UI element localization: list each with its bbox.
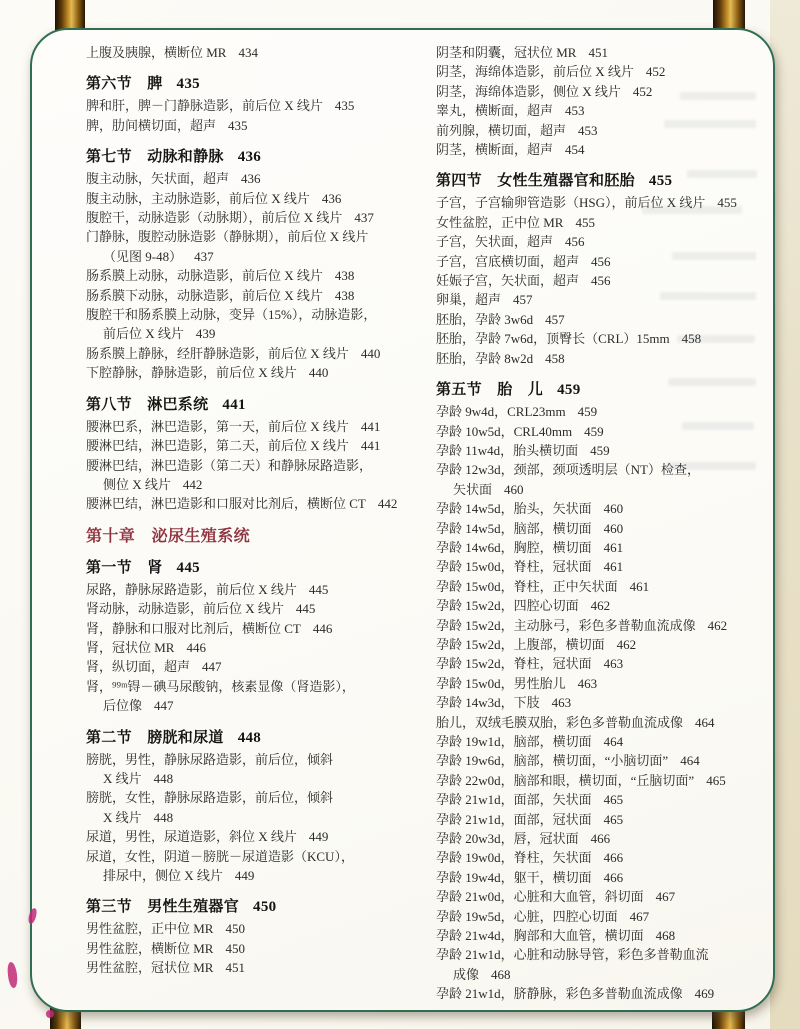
toc-entry-continuation: 成像468 [436,965,775,984]
toc-entry: 腰淋巴系，淋巴造影，第一天，前后位 X 线片441 [86,417,434,436]
entry-text: 第一节 肾 [86,560,163,576]
section-heading: 第三节 男性生殖器官450 [86,895,434,919]
page-number: 450 [225,941,245,956]
page-number: 450 [225,921,245,936]
page-number: 453 [565,103,585,118]
page-number: 454 [565,142,585,157]
page-number: 449 [235,868,255,883]
toc-entry: 孕龄 14w5d，胎头，矢状面460 [436,499,775,518]
bleed-through-smudge [687,170,757,178]
entry-text: 肠系膜下动脉，动脉造影，前后位 X 线片 [86,288,323,303]
page-number: 456 [565,234,585,249]
page-number: 462 [617,637,637,652]
entry-text: 腹腔干，动脉造影（动脉期），前后位 X 线片 [86,210,342,225]
entry-text: 尿路，静脉尿路造影，前后位 X 线片 [86,582,297,597]
toc-entry: 孕龄 19w1d，脑部，横切面464 [436,732,775,751]
page-number: 441 [222,397,245,413]
entry-text: 孕龄 19w1d，脑部，横切面 [436,734,592,749]
page-number: 447 [154,698,174,713]
toc-entry-continuation: （见图 9-48）437 [86,247,434,266]
toc-entry: 孕龄 15w2d，四腔心切面462 [436,596,775,615]
toc-entry: 孕龄 20w3d，唇，冠状面466 [436,829,775,848]
section-heading: 第七节 动脉和静脉436 [86,145,434,169]
entry-text: 孕龄 14w6d，胸腔，横切面 [436,540,592,555]
toc-entry: 孕龄 21w1d，脐静脉，彩色多普勒血流成像469 [436,984,775,1003]
page-number: 462 [591,598,611,613]
toc-entry: 阴茎，海绵体造影，前后位 X 线片452 [436,62,775,81]
page-number: 450 [253,899,276,915]
entry-text: 孕龄 19w0d，脊柱，矢状面 [436,850,592,865]
bleed-through-smudge [666,462,756,470]
entry-text: 孕龄 21w1d，面部，冠状面 [436,812,592,827]
page-number: 457 [513,292,533,307]
page-number: 440 [309,365,329,380]
entry-text: 男性盆腔，横断位 MR [86,941,213,956]
toc-entry: 孕龄 14w3d，下肢463 [436,693,775,712]
entry-text: （见图 9-48） [103,249,182,264]
entry-text: 女性盆腔，正中位 MR [436,215,563,230]
entry-text: 脾和肝，脾－门静脉造影，前后位 X 线片 [86,98,323,113]
entry-text: 孕龄 12w3d，颈部，颈项透明层（NT）检查， [436,462,700,477]
toc-entry: 肾，纵切面，超声447 [86,657,434,676]
page-number: 468 [491,967,511,982]
toc-entry-continuation: 侧位 X 线片442 [86,475,434,494]
page-number: 438 [335,288,355,303]
page-number: 439 [196,326,216,341]
toc-entry: 膀胱，女性，静脉尿路造影，前后位，倾斜 [86,788,434,807]
entry-text: 尿道，女性，阴道－膀胱－尿道造影（KCU）， [86,849,354,864]
bleed-through-smudge [664,120,756,128]
spacer [86,885,434,895]
ink-stain [7,962,19,989]
entry-text: 矢状面 [453,482,492,497]
entry-text: 孕龄 21w1d，面部，矢状面 [436,792,592,807]
page-number: 467 [656,889,676,904]
entry-text: 孕龄 14w5d，胎头，矢状面 [436,501,592,516]
toc-entry-continuation: X 线片448 [86,769,434,788]
entry-text: 胎儿，双绒毛膜双胎，彩色多普勒血流成像 [436,715,683,730]
entry-text: 阴茎，海绵体造影，前后位 X 线片 [436,64,634,79]
toc-entry: 孕龄 21w1d，心脏和动脉导管，彩色多普勒血流 [436,945,775,964]
toc-entry: 孕龄 19w5d，心脏，四腔心切面467 [436,907,775,926]
page-number: 460 [504,482,524,497]
entry-text: 第六节 脾 [86,76,163,92]
section-heading: 第八节 淋巴系统441 [86,393,434,417]
entry-text: 子宫，矢状面，超声 [436,234,553,249]
toc-entry: 腹腔干和肠系膜上动脉，变异（15%），动脉造影， [86,305,434,324]
section-heading: 第一节 肾445 [86,556,434,580]
page-number: 465 [604,792,624,807]
toc-entry: 孕龄 21w1d，面部，矢状面465 [436,790,775,809]
entry-text: 孕龄 15w2d，脊柱，冠状面 [436,656,592,671]
page-number: 438 [335,268,355,283]
toc-entry: 男性盆腔，冠状位 MR451 [86,958,434,977]
page-number: 436 [322,191,342,206]
entry-text: 孕龄 22w0d，脑部和眼，横切面，“丘脑切面” [436,773,694,788]
page-number: 434 [238,45,258,60]
entry-text: 阴茎和阴囊，冠状位 MR [436,45,576,60]
toc-entry: 男性盆腔，正中位 MR450 [86,919,434,938]
page-number: 461 [630,579,650,594]
entry-text: 第二节 膀胱和尿道 [86,730,224,746]
page-number: 466 [604,870,624,885]
page-number: 435 [228,118,248,133]
entry-text: 孕龄 21w4d，胸部和大血管，横切面 [436,928,644,943]
entry-text: 孕龄 15w0d，男性胎儿 [436,676,566,691]
page-number: 445 [296,601,316,616]
toc-entry: 腹主动脉，矢状面，超声436 [86,169,434,188]
toc-entry: 孕龄 22w0d，脑部和眼，横切面，“丘脑切面”465 [436,771,775,790]
entry-text: 孕龄 19w6d，脑部，横切面，“小脑切面” [436,753,668,768]
bleed-through-smudge [677,335,755,343]
entry-text: 孕龄 15w2d，主动脉弓，彩色多普勒血流成像 [436,618,696,633]
entry-text: 肾，静脉和口服对比剂后，横断位 CT [86,621,301,636]
entry-text: 孕龄 19w4d，躯干，横切面 [436,870,592,885]
toc-entry: 膀胱，男性，静脉尿路造影，前后位，倾斜 [86,750,434,769]
toc-entry: 孕龄 11w4d，胎头横切面459 [436,441,775,460]
toc-entry: 腰淋巴结，淋巴造影，第二天，前后位 X 线片441 [86,436,434,455]
toc-entry-continuation: X 线片448 [86,808,434,827]
toc-entry: 阴茎和阴囊，冠状位 MR451 [436,43,775,62]
entry-text: 肾，⁹⁹ᵐ锝－碘马尿酸钠，核素显像（肾造影）， [86,679,355,694]
page-number: 460 [604,501,624,516]
entry-text: 下腔静脉，静脉造影，前后位 X 线片 [86,365,297,380]
toc-entry-continuation: 矢状面460 [436,480,775,499]
entry-text: 肾，冠状位 MR [86,640,174,655]
entry-text: 膀胱，女性，静脉尿路造影，前后位，倾斜 [86,790,333,805]
toc-entry: 肠系膜上动脉，动脉造影，前后位 X 线片438 [86,266,434,285]
page-number: 436 [238,149,261,165]
bleed-through-smudge [642,206,742,214]
entry-text: 后位像 [103,698,142,713]
entry-text: 子宫，宫底横切面，超声 [436,254,579,269]
toc-entry: 孕龄 19w4d，躯干，横切面466 [436,868,775,887]
toc-entry: 肾，冠状位 MR446 [86,638,434,657]
entry-text: 肾动脉，动脉造影，前后位 X 线片 [86,601,284,616]
page-number: 459 [590,443,610,458]
page-number: 463 [604,656,624,671]
page-number: 466 [591,831,611,846]
toc-entry: 子宫，矢状面，超声456 [436,232,775,251]
entry-text: 腹腔干和肠系膜上动脉，变异（15%），动脉造影， [86,307,376,322]
toc-entry: 男性盆腔，横断位 MR450 [86,939,434,958]
toc-entry: 下腔静脉，静脉造影，前后位 X 线片440 [86,363,434,382]
page-number: 463 [552,695,572,710]
toc-entry: 阴茎，横断面，超声454 [436,140,775,159]
page-number: 464 [695,715,715,730]
entry-text: 孕龄 21w0d，心脏和大血管，斜切面 [436,889,644,904]
entry-text: 阴茎，海绵体造影，侧位 X 线片 [436,84,621,99]
entry-text: 上腹及胰腺，横断位 MR [86,45,226,60]
toc-entry: 孕龄 15w2d，主动脉弓，彩色多普勒血流成像462 [436,616,775,635]
entry-text: 孕龄 15w2d，上腹部，横切面 [436,637,605,652]
entry-text: 孕龄 21w1d，脐静脉，彩色多普勒血流成像 [436,986,683,1001]
toc-column-left: 上腹及胰腺，横断位 MR434第六节 脾435脾和肝，脾－门静脉造影，前后位 X… [86,43,434,978]
toc-entry: 孕龄 21w0d，心脏和大血管，斜切面467 [436,887,775,906]
toc-entry: 孕龄 15w2d，脊柱，冠状面463 [436,654,775,673]
toc-entry: 尿路，静脉尿路造影，前后位 X 线片445 [86,580,434,599]
entry-text: 孕龄 15w0d，脊柱，正中矢状面 [436,579,618,594]
entry-text: 腹主动脉，主动脉造影，前后位 X 线片 [86,191,310,206]
page-number: 442 [183,477,203,492]
section-heading: 第六节 脾435 [86,72,434,96]
entry-text: 孕龄 11w4d，胎头横切面 [436,443,578,458]
entry-text: 尿道，男性，尿道造影，斜位 X 线片 [86,829,297,844]
entry-text: X 线片 [103,810,142,825]
entry-text: 胚胎，孕龄 7w6d，顶臀长（CRL）15mm [436,331,670,346]
page-number: 460 [604,521,624,536]
page-number: 437 [354,210,374,225]
entry-text: 脾，肋间横切面，超声 [86,118,216,133]
entry-text: 孕龄 14w5d，脑部，横切面 [436,521,592,536]
page-number: 436 [241,171,261,186]
entry-text: 第三节 男性生殖器官 [86,899,239,915]
toc-entry: 肾动脉，动脉造影，前后位 X 线片445 [86,599,434,618]
toc-entry: 孕龄 14w5d，脑部，横切面460 [436,519,775,538]
page-number: 466 [604,850,624,865]
page-number: 445 [309,582,329,597]
page-number: 456 [591,273,611,288]
toc-entry: 孕龄 14w6d，胸腔，横切面461 [436,538,775,557]
page-number: 461 [604,559,624,574]
bleed-through-smudge [682,422,754,430]
spacer [86,514,434,524]
entry-text: 男性盆腔，正中位 MR [86,921,213,936]
page-number: 452 [646,64,666,79]
page-number: 456 [591,254,611,269]
entry-text: 肠系膜上动脉，动脉造影，前后位 X 线片 [86,268,323,283]
entry-text: 卵巢，超声 [436,292,501,307]
entry-text: 第五节 胎 儿 [436,382,543,398]
entry-text: 孕龄 10w5d，CRL40mm [436,424,572,439]
page-number: 459 [557,382,580,398]
toc-entry: 妊娠子宫，矢状面，超声456 [436,271,775,290]
bleed-through-smudge [660,292,756,300]
entry-text: 门静脉，腹腔动脉造影（静脉期），前后位 X 线片 [86,229,368,244]
toc-entry-continuation: 前后位 X 线片439 [86,324,434,343]
entry-text: 胚胎，孕龄 3w6d [436,312,533,327]
page-number: 441 [361,438,381,453]
entry-text: 腹主动脉，矢状面，超声 [86,171,229,186]
bleed-through-smudge [672,252,756,260]
toc-entry: 孕龄 21w4d，胸部和大血管，横切面468 [436,926,775,945]
toc-entry: 睾丸，横断面，超声453 [436,101,775,120]
toc-entry: 腹腔干，动脉造影（动脉期），前后位 X 线片437 [86,208,434,227]
entry-text: 前列腺，横切面，超声 [436,123,566,138]
toc-entry-continuation: 后位像447 [86,696,434,715]
toc-entry: 腰淋巴结，淋巴造影（第二天）和静脉尿路造影， [86,456,434,475]
page-number: 467 [630,909,650,924]
page-number: 464 [604,734,624,749]
page-number: 435 [177,76,200,92]
page-card: 上腹及胰腺，横断位 MR434第六节 脾435脾和肝，脾－门静脉造影，前后位 X… [30,28,775,1012]
page-number: 440 [361,346,381,361]
page-number: 459 [578,404,598,419]
toc-entry: 肠系膜上静脉，经肝静脉造影，前后位 X 线片440 [86,344,434,363]
toc-entry: 腹主动脉，主动脉造影，前后位 X 线片436 [86,189,434,208]
entry-text: 侧位 X 线片 [103,477,171,492]
page-number: 455 [575,215,595,230]
spacer [436,159,775,169]
page-number: 451 [225,960,245,975]
entry-text: 腰淋巴结，淋巴造影，第二天，前后位 X 线片 [86,438,349,453]
toc-entry: 胚胎，孕龄 3w6d457 [436,310,775,329]
toc-entry: 腰淋巴结，淋巴造影和口服对比剂后，横断位 CT442 [86,494,434,513]
toc-entry: 尿道，女性，阴道－膀胱－尿道造影（KCU）， [86,847,434,866]
toc-entry: 脾和肝，脾－门静脉造影，前后位 X 线片435 [86,96,434,115]
spacer [86,716,434,726]
entry-text: 第四节 女性生殖器官和胚胎 [436,173,635,189]
entry-text: 第十章 泌尿生殖系统 [86,528,250,545]
entry-text: 阴茎，横断面，超声 [436,142,553,157]
entry-text: 妊娠子宫，矢状面，超声 [436,273,579,288]
entry-text: 腰淋巴结，淋巴造影和口服对比剂后，横断位 CT [86,496,366,511]
bleed-through-smudge [680,92,756,100]
toc-entry: 尿道，男性，尿道造影，斜位 X 线片449 [86,827,434,846]
spacer [86,383,434,393]
page-number: 458 [545,351,565,366]
entry-text: 前后位 X 线片 [103,326,184,341]
page-number: 445 [177,560,200,576]
page-number: 463 [578,676,598,691]
entry-text: 肾，纵切面，超声 [86,659,190,674]
entry-text: 孕龄 9w4d，CRL23mm [436,404,566,419]
page-number: 447 [202,659,222,674]
toc-entry: 孕龄 9w4d，CRL23mm459 [436,402,775,421]
entry-text: 孕龄 21w1d，心脏和动脉导管，彩色多普勒血流 [436,947,709,962]
entry-text: 睾丸，横断面，超声 [436,103,553,118]
toc-entry: 上腹及胰腺，横断位 MR434 [86,43,434,62]
entry-text: 胚胎，孕龄 8w2d [436,351,533,366]
entry-text: 腰淋巴系，淋巴造影，第一天，前后位 X 线片 [86,419,349,434]
entry-text: 肠系膜上静脉，经肝静脉造影，前后位 X 线片 [86,346,349,361]
page-number: 437 [194,249,214,264]
bleed-through-smudge [668,378,756,386]
page-number: 469 [695,986,715,1001]
spacer [436,368,775,378]
toc-entry: 孕龄 19w6d，脑部，横切面，“小脑切面”464 [436,751,775,770]
page-number: 449 [309,829,329,844]
entry-text: 孕龄 20w3d，唇，冠状面 [436,831,579,846]
section-heading: 第二节 膀胱和尿道448 [86,726,434,750]
toc-entry: 胎儿，双绒毛膜双胎，彩色多普勒血流成像464 [436,713,775,732]
entry-text: 孕龄 14w3d，下肢 [436,695,540,710]
toc-entry: 孕龄 15w0d，脊柱，正中矢状面461 [436,577,775,596]
entry-text: X 线片 [103,771,142,786]
toc-entry: 肠系膜下动脉，动脉造影，前后位 X 线片438 [86,286,434,305]
page-number: 461 [604,540,624,555]
toc-entry: 孕龄 21w1d，面部，冠状面465 [436,810,775,829]
entry-text: 孕龄 19w5d，心脏，四腔心切面 [436,909,618,924]
page-number: 448 [154,810,174,825]
toc-entry: 胚胎，孕龄 8w2d458 [436,349,775,368]
toc-entry: 孕龄 15w0d，脊柱，冠状面461 [436,557,775,576]
toc-entry: 肾，静脉和口服对比剂后，横断位 CT446 [86,619,434,638]
page-number: 457 [545,312,565,327]
page-number: 448 [238,730,261,746]
entry-text: 孕龄 15w0d，脊柱，冠状面 [436,559,592,574]
page-number: 468 [656,928,676,943]
spacer [86,62,434,72]
toc-entry: 门静脉，腹腔动脉造影（静脉期），前后位 X 线片 [86,227,434,246]
page-number: 459 [584,424,604,439]
page-number: 451 [588,45,608,60]
toc-entry: 孕龄 15w0d，男性胎儿463 [436,674,775,693]
chapter-heading: 第十章 泌尿生殖系统 [86,524,434,550]
entry-text: 膀胱，男性，静脉尿路造影，前后位，倾斜 [86,752,333,767]
entry-text: 排尿中，侧位 X 线片 [103,868,223,883]
toc-entry: 女性盆腔，正中位 MR455 [436,213,775,232]
page-number: 462 [708,618,728,633]
entry-text: 第八节 淋巴系统 [86,397,208,413]
toc-entry: 脾，肋间横切面，超声435 [86,116,434,135]
toc-entry-continuation: 排尿中，侧位 X 线片449 [86,866,434,885]
entry-text: 成像 [453,967,479,982]
page-number: 435 [335,98,355,113]
page-number: 446 [186,640,206,655]
entry-text: 腰淋巴结，淋巴造影（第二天）和静脉尿路造影， [86,458,372,473]
page-number: 465 [706,773,726,788]
page-number: 452 [633,84,653,99]
toc-entry: 孕龄 15w2d，上腹部，横切面462 [436,635,775,654]
entry-text: 孕龄 15w2d，四腔心切面 [436,598,579,613]
toc-entry: 肾，⁹⁹ᵐ锝－碘马尿酸钠，核素显像（肾造影）， [86,677,434,696]
toc-column-right: 阴茎和阴囊，冠状位 MR451阴茎，海绵体造影，前后位 X 线片452阴茎，海绵… [436,43,775,1004]
page-number: 446 [313,621,333,636]
entry-text: 第七节 动脉和静脉 [86,149,224,165]
spacer [86,135,434,145]
page-number: 442 [378,496,398,511]
page-number: 465 [604,812,624,827]
toc-entry: 孕龄 19w0d，脊柱，矢状面466 [436,848,775,867]
entry-text: 男性盆腔，冠状位 MR [86,960,213,975]
page-number: 453 [578,123,598,138]
page-number: 464 [680,753,700,768]
page-number: 448 [154,771,174,786]
page-number: 455 [649,173,672,189]
page-number: 441 [361,419,381,434]
